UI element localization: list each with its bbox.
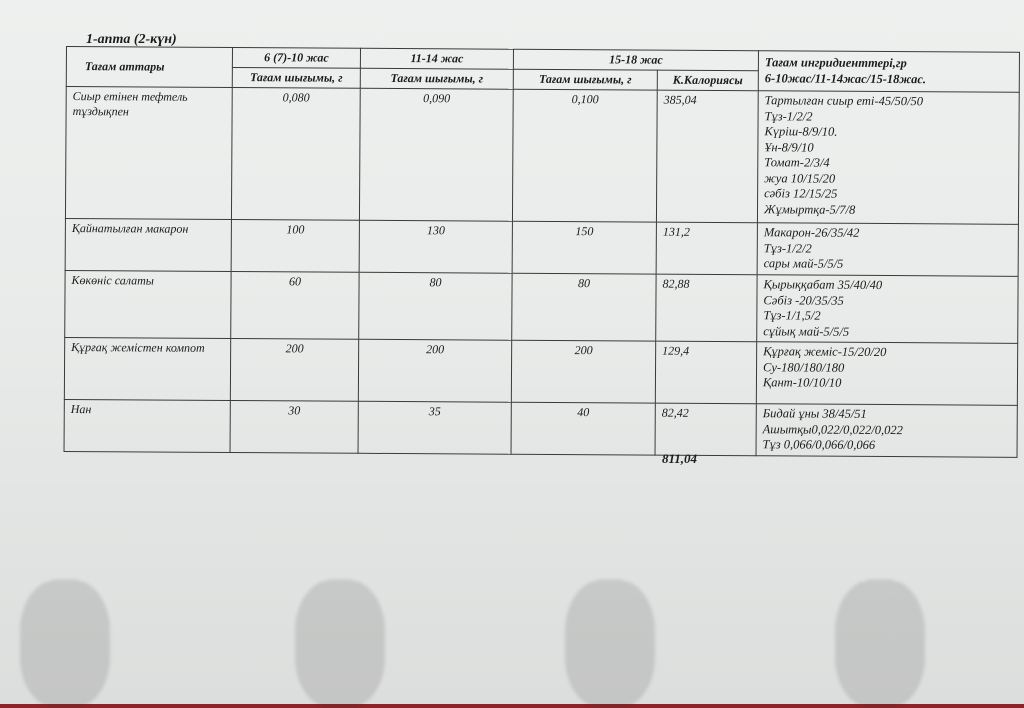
ingredients-cell: Тартылған сиыр еті-45/50/50Тұз-1/2/2Күрі…	[757, 91, 1019, 225]
yield-6-10-cell: 60	[231, 272, 359, 340]
ingredient-line: Ұн-8/9/10	[764, 140, 1012, 157]
yield-11-14-cell: 0,090	[359, 88, 513, 221]
ingredient-line: Күріш-8/9/10.	[764, 124, 1012, 141]
ingredients-cell: Құрғақ жеміс-15/20/20Су-180/180/180Қант-…	[756, 342, 1017, 406]
header-ingredients: Тағам ингридиенттері,гр 6-10жас/11-14жас…	[758, 51, 1019, 93]
ingredient-line: Сәбіз -20/35/35	[763, 293, 1011, 310]
table-row: Сиыр етінен тефтель тұздықпен0,0800,0900…	[65, 87, 1019, 225]
header-yield-11-14: Тағам шығымы, г	[360, 68, 513, 89]
header-yield-15-18: Тағам шығымы, г	[513, 69, 657, 90]
ingredients-cell: Бидай ұны 38/45/51Ашытқы0,022/0,022/0,02…	[756, 404, 1017, 458]
ingredient-line: Макарон-26/35/42	[764, 225, 1012, 242]
header-calories: К.Калориясы	[657, 70, 758, 91]
ingredient-line: Қырыққабат 35/40/40	[764, 277, 1012, 294]
calories-cell: 82,88	[656, 274, 757, 342]
ingredient-line: Бидай ұны 38/45/51	[763, 406, 1011, 423]
table-row: Көкөніс салаты60808082,88Қырыққабат 35/4…	[65, 270, 1018, 343]
ingredient-line: сәбіз 12/15/25	[764, 186, 1012, 203]
ingredients-cell: Қырыққабат 35/40/40Сәбіз -20/35/35Тұз-1/…	[757, 275, 1018, 344]
ingredient-line: Тартылған сиыр еті-45/50/50	[765, 93, 1013, 110]
header-age-15-18: 15-18 жас	[513, 49, 758, 70]
yield-15-18-cell: 200	[511, 340, 655, 403]
table-row: Құрғақ жемістен компот200200200129,4Құрғ…	[64, 337, 1017, 405]
table-row: Қайнатылған макарон100130150131,2Макарон…	[65, 218, 1018, 276]
calories-cell: 129,4	[655, 341, 756, 404]
yield-6-10-cell: 100	[231, 220, 359, 273]
dish-name-cell: Қайнатылған макарон	[65, 218, 231, 271]
header-age-6-10: 6 (7)-10 жас	[232, 48, 360, 69]
ingredient-line: жуа 10/15/20	[764, 171, 1012, 188]
yield-6-10-cell: 30	[230, 401, 358, 454]
header-age-11-14: 11-14 жас	[360, 48, 513, 69]
yield-11-14-cell: 130	[359, 220, 512, 273]
yield-11-14-cell: 200	[358, 339, 511, 402]
ingredient-line: Тұз-1/1,5/2	[763, 308, 1011, 325]
dish-name-cell: Құрғақ жемістен компот	[64, 337, 230, 400]
ingredient-line: Тұз-1/2/2	[765, 109, 1013, 126]
ingredient-line: Ашытқы0,022/0,022/0,022	[763, 422, 1011, 439]
toner-smudge	[20, 580, 110, 708]
yield-11-14-cell: 35	[358, 401, 511, 454]
total-calories: 811,04	[662, 451, 697, 467]
menu-table: Тағам аттары 6 (7)-10 жас 11-14 жас 15-1…	[64, 46, 1020, 458]
yield-11-14-cell: 80	[359, 272, 512, 340]
calories-cell: 131,2	[656, 222, 757, 275]
ingredient-line: Құрғақ жеміс-15/20/20	[763, 344, 1011, 361]
ingredient-line: Тұз 0,066/0,066/0,066	[763, 437, 1011, 454]
yield-6-10-cell: 0,080	[231, 88, 360, 221]
calories-cell: 82,42	[655, 403, 756, 456]
yield-15-18-cell: 80	[512, 273, 656, 341]
toner-smudge	[295, 580, 385, 708]
yield-15-18-cell: 40	[511, 402, 655, 455]
ingredient-line: Қант-10/10/10	[763, 375, 1011, 392]
ingredient-line: сары май-5/5/5	[764, 256, 1012, 273]
dish-name-cell: Көкөніс салаты	[65, 270, 231, 338]
header-yield-6-10: Тағам шығымы, г	[232, 68, 360, 89]
ingredient-line: Су-180/180/180	[763, 360, 1011, 377]
ingredient-line: Тұз-1/2/2	[764, 241, 1012, 258]
yield-6-10-cell: 200	[230, 339, 358, 402]
toner-smudge	[565, 580, 655, 708]
header-dish-names: Тағам аттары	[66, 47, 232, 88]
ingredient-line: Томат-2/3/4	[764, 155, 1012, 172]
ingredients-cell: Макарон-26/35/42Тұз-1/2/2сары май-5/5/5	[757, 223, 1018, 277]
ingredient-line: сұйық май-5/5/5	[763, 324, 1011, 341]
calories-cell: 385,04	[656, 90, 758, 223]
ingredient-line: Жұмыртқа-5/7/8	[764, 202, 1012, 219]
yield-15-18-cell: 150	[512, 221, 656, 274]
table-row: Нан30354082,42Бидай ұны 38/45/51Ашытқы0,…	[64, 399, 1017, 457]
dish-name-cell: Нан	[64, 399, 230, 452]
dish-name-cell: Сиыр етінен тефтель тұздықпен	[65, 87, 232, 220]
yield-15-18-cell: 0,100	[512, 89, 657, 222]
toner-smudge	[835, 580, 925, 708]
